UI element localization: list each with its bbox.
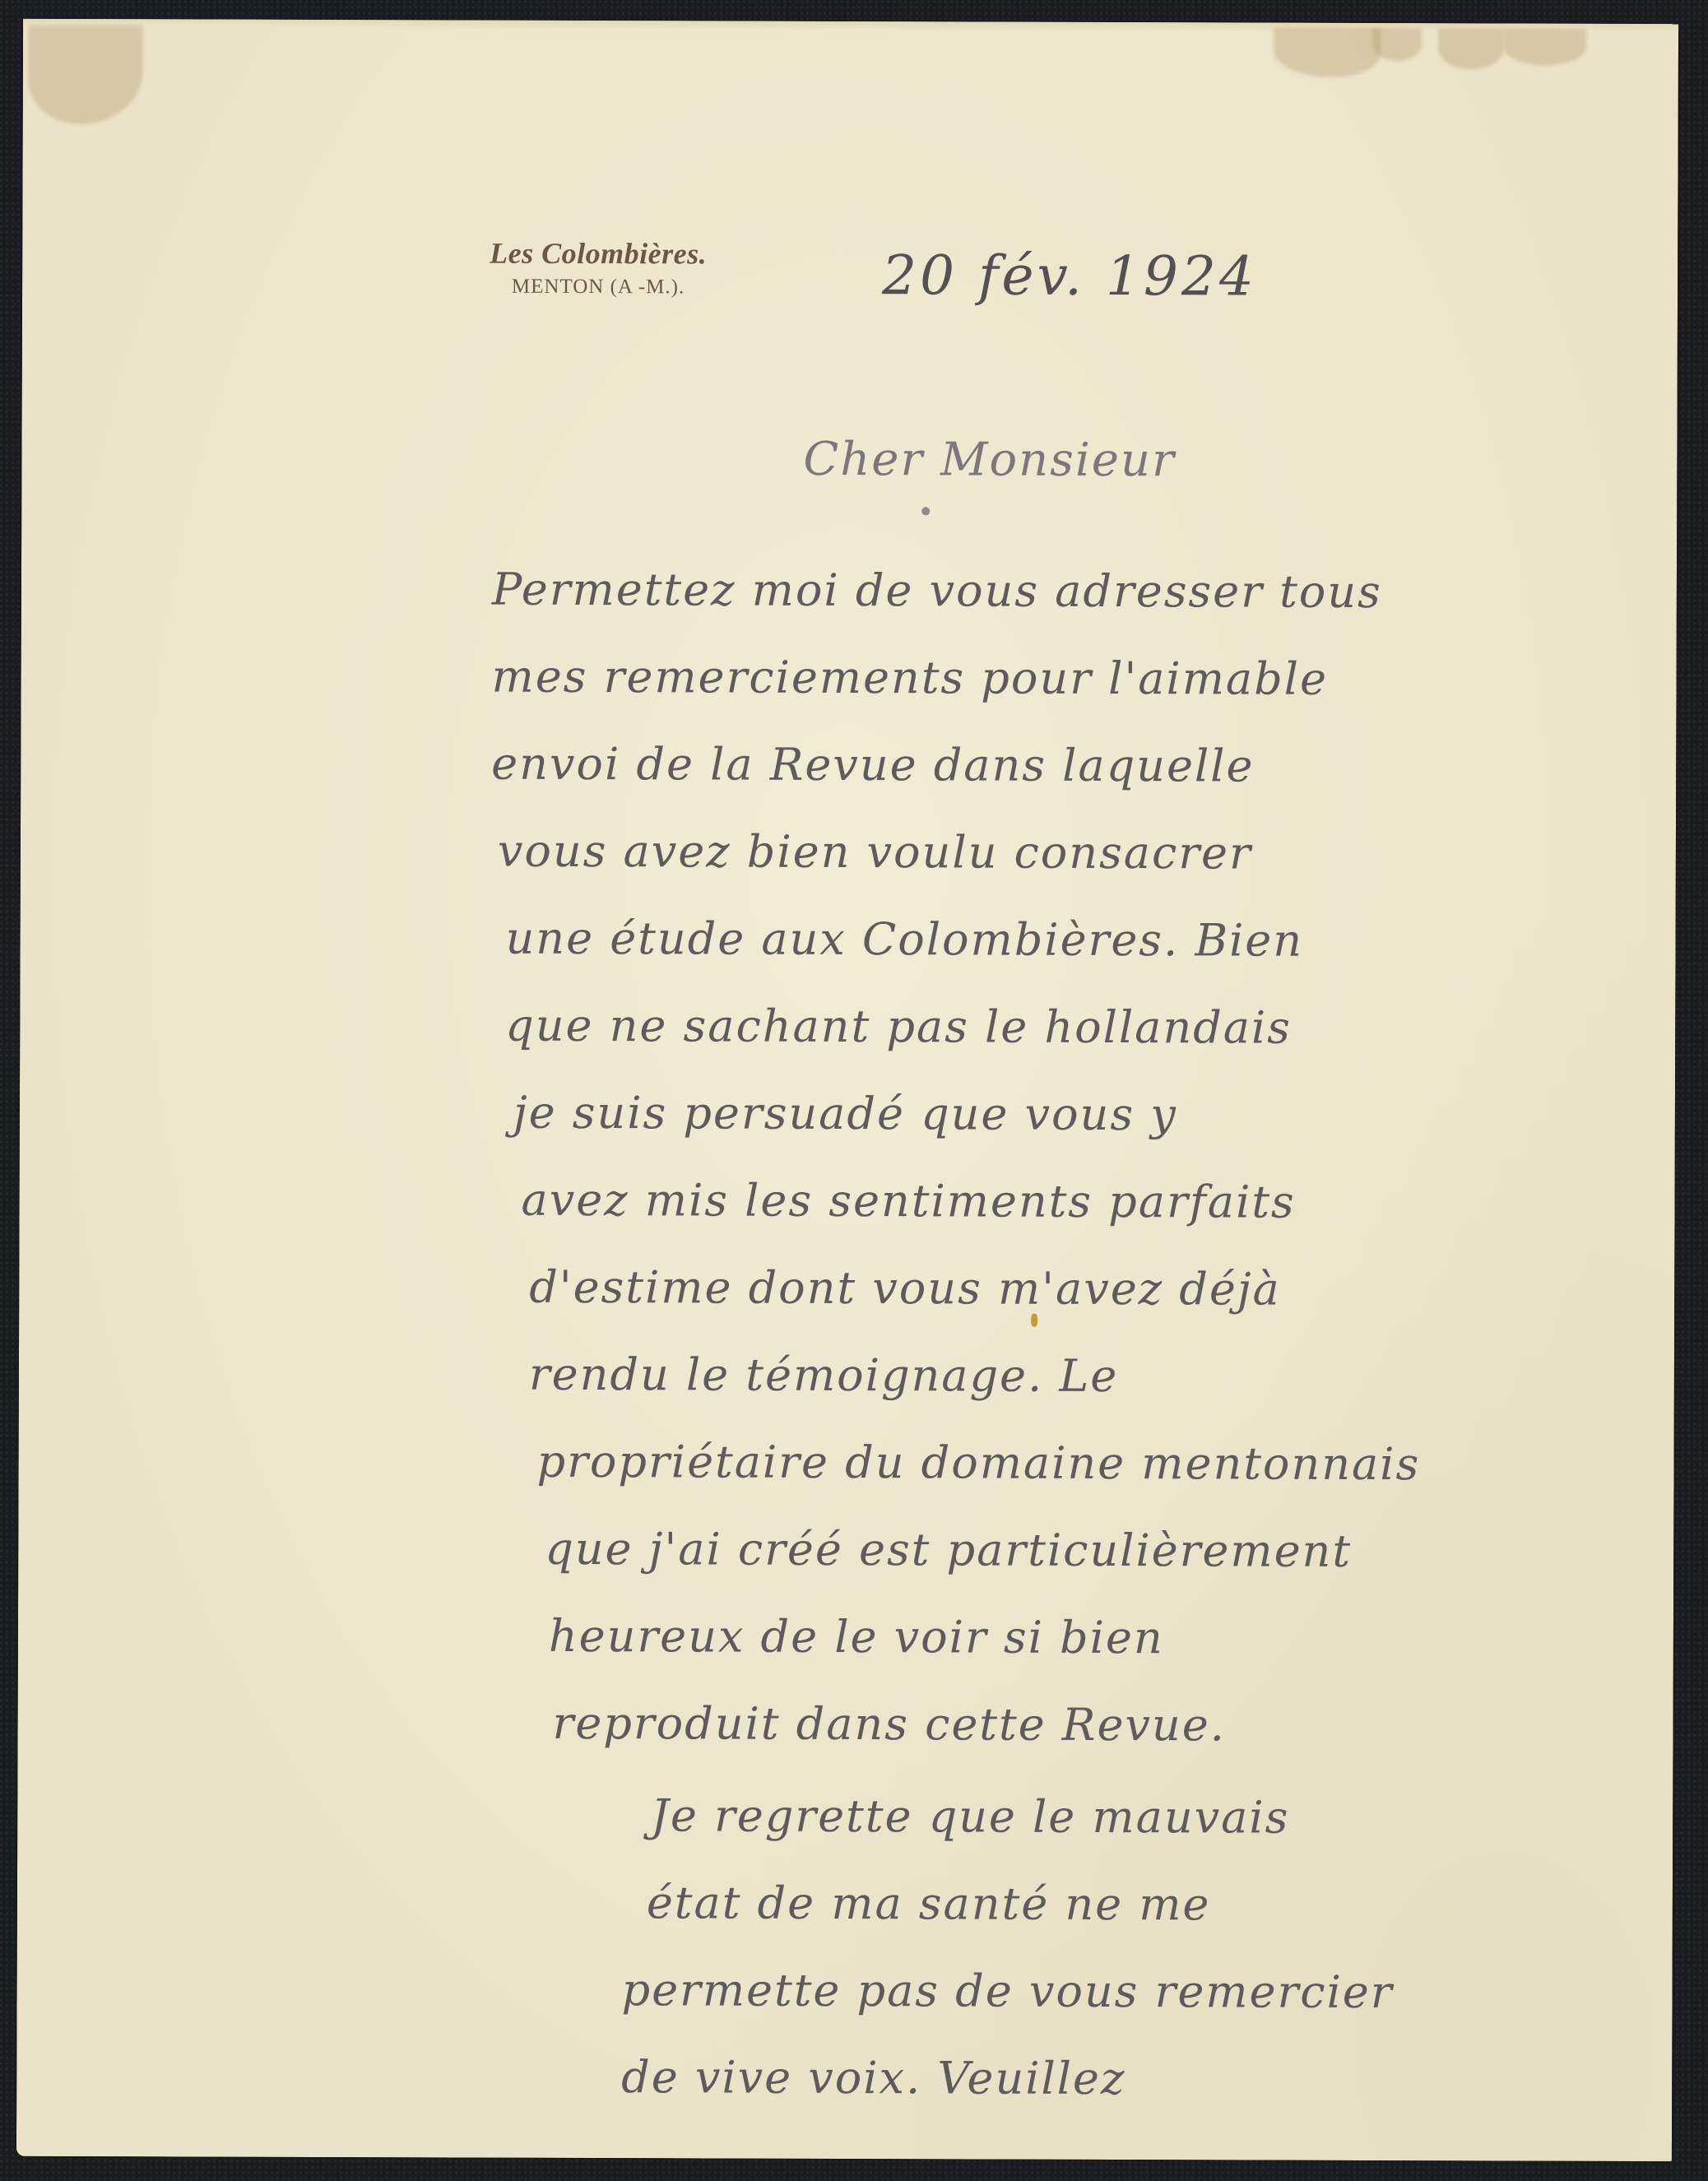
body-line: Permettez moi de vous adresser tous xyxy=(492,564,1382,618)
water-stain-top-left xyxy=(28,26,143,124)
ochre-stain-spot xyxy=(1031,1314,1037,1327)
water-stain-top-right xyxy=(1438,28,1504,69)
ink-dot xyxy=(921,507,930,515)
letterhead-name: Les Colombières. xyxy=(442,235,754,271)
water-stain-top-right xyxy=(1504,29,1586,66)
body-line: permette pas de vous remercier xyxy=(621,1964,1393,2018)
body-line: envoi de la Revue dans laquelle xyxy=(491,738,1254,792)
body-line: avez mis les sentiments parfaits xyxy=(521,1174,1295,1228)
water-stain-top-right xyxy=(1274,28,1381,77)
letter-date: 20 fév. 1924 xyxy=(882,244,1257,308)
paper-top-edge xyxy=(23,19,1678,32)
salutation: Cher Monsieur xyxy=(803,433,1176,487)
body-line: reproduit dans cette Revue. xyxy=(552,1697,1226,1752)
water-stain-top-right xyxy=(1372,28,1422,61)
body-line: état de ma santé ne me xyxy=(647,1877,1211,1930)
body-line: d'estime dont vous m'avez déjà xyxy=(529,1261,1281,1316)
letter-sheet: Les Colombières. MENTON (A -M.). 20 fév.… xyxy=(16,19,1678,2161)
letterhead: Les Colombières. MENTON (A -M.). xyxy=(442,235,754,299)
body-line: propriétaire du domaine mentonnais xyxy=(536,1436,1420,1490)
body-line: je suis persuadé que vous y xyxy=(513,1087,1177,1141)
body-line: mes remerciements pour l'aimable xyxy=(491,651,1328,705)
body-line: rendu le témoignage. Le xyxy=(529,1348,1119,1402)
body-line: vous avez bien voulu consacrer xyxy=(498,825,1252,879)
body-line: heureux de le voir si bien xyxy=(549,1610,1164,1664)
body-line: de vive voix. Veuillez xyxy=(621,2051,1126,2104)
body-line: que ne sachant pas le hollandais xyxy=(505,1000,1292,1054)
body-line: Je regrette que le mauvais xyxy=(651,1789,1289,1843)
letterhead-place: MENTON (A -M.). xyxy=(442,275,754,299)
body-line: une étude aux Colombières. Bien xyxy=(505,912,1303,967)
body-line: que j'ai créé est particulièrement xyxy=(545,1523,1352,1577)
